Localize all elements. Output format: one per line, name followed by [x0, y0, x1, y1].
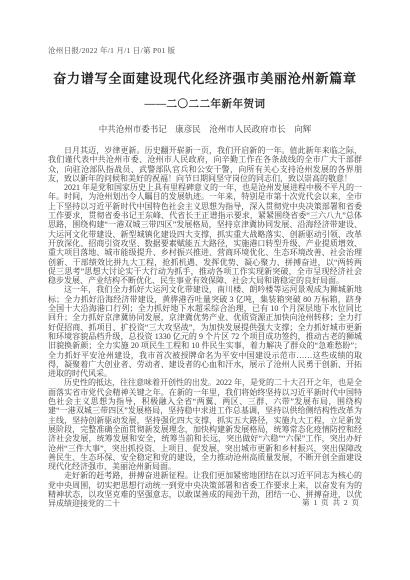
paragraph: 这一年，我们全力抓好大运河文化带建设，南川楼、朗吟楼等运河景观成为狮城新地标；全…	[48, 285, 362, 378]
paragraph: 2021 年是党和国家历史上具有里程碑意义的一年，也是沧州发展进程中极不平凡的一…	[48, 183, 362, 285]
article-body: 日月其迈，岁律更新。历史翻开崭新一页，我们开启新的一年。值此新年来临之际，我们谨…	[48, 146, 362, 509]
article-byline: 中共沧州市委书记 康彦民 沧州市人民政府市长 向辉	[48, 124, 362, 134]
article-title: 奋力谱写全面建设现代化经济强市美丽沧州新篇章	[48, 71, 362, 86]
paragraph: 历史性的抵达，往往意味着开创性的出发。2022 年，是党的二十大召开之年，也是全…	[48, 378, 362, 471]
source-citation-header: 沧州日报/2022 年/1 月/1 日/第 P01 版	[48, 46, 362, 55]
document-page: 沧州日报/2022 年/1 月/1 日/第 P01 版 奋力谱写全面建设现代化经…	[0, 0, 410, 580]
page-number: 第 1 页 共 2 页	[302, 497, 360, 508]
article-subtitle: ——二〇二二年新年贺词	[48, 99, 362, 111]
paragraph: 日月其迈，岁律更新。历史翻开崭新一页，我们开启新的一年。值此新年来临之际，我们谨…	[48, 146, 362, 183]
